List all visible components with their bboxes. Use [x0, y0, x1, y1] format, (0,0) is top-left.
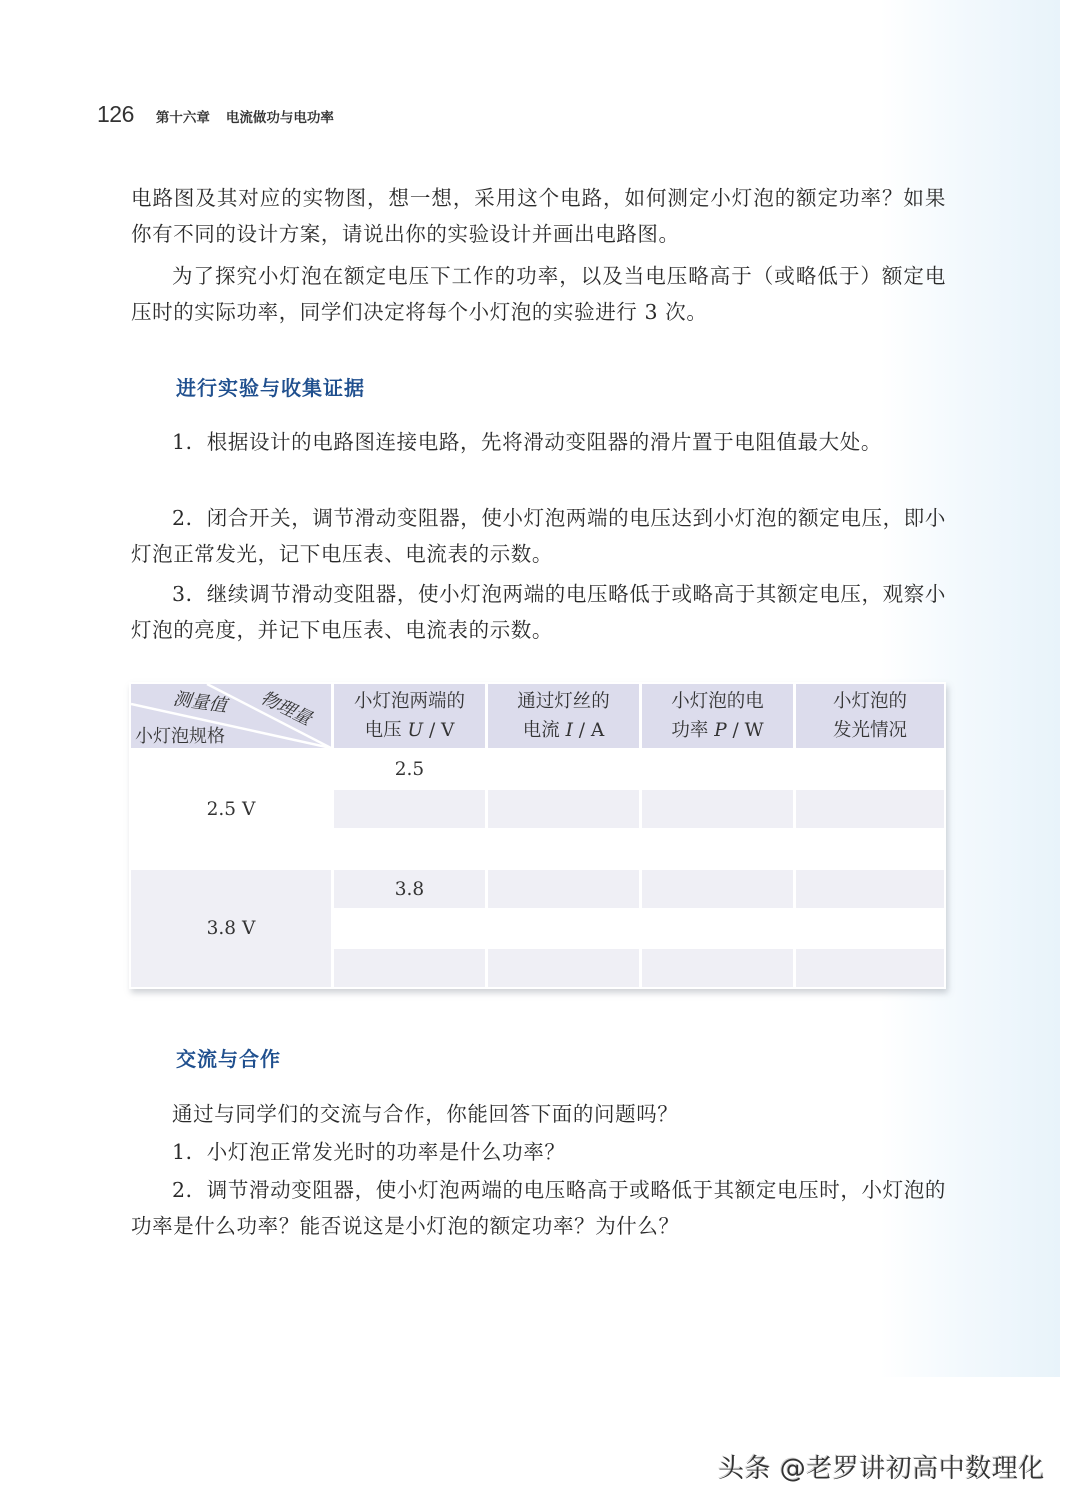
question-1: 1．小灯泡正常发光时的功率是什么功率？: [131, 1134, 946, 1170]
table-cell: [796, 750, 944, 788]
column-header-line2: 发光情况: [833, 716, 907, 745]
table-cell: [642, 870, 793, 908]
column-header-voltage: 小灯泡两端的 电压 U / V: [334, 684, 485, 748]
step-3: 3．继续调节滑动变阻器，使小灯泡两端的电压略低于或略高于其额定电压，观察小灯泡的…: [131, 576, 946, 648]
table-cell: [642, 750, 793, 788]
column-header-brightness: 小灯泡的 发光情况: [796, 684, 944, 748]
intro-paragraph-1: 电路图及其对应的实物图，想一想，采用这个电路，如何测定小灯泡的额定功率？如果你有…: [131, 180, 946, 252]
column-header-line1: 小灯泡的电: [671, 687, 764, 716]
corner-label-spec: 小灯泡规格: [135, 722, 225, 748]
watermark: 头条 @老罗讲初高中数理化: [718, 1448, 1045, 1485]
table-cell: [488, 949, 639, 987]
table-cell: [796, 830, 944, 868]
table-cell: [642, 790, 793, 828]
table-cell: [796, 910, 944, 947]
intro-paragraph-2: 为了探究小灯泡在额定电压下工作的功率，以及当电压略高于（或略低于）额定电压时的实…: [131, 258, 946, 330]
chapter-label: 第十六章: [156, 106, 210, 126]
data-table: 测量值 物理量 小灯泡规格 小灯泡两端的 电压 U / V 通过灯丝的 电流 I…: [129, 682, 946, 989]
table-cell: [334, 830, 485, 868]
column-header-line1: 通过灯丝的: [517, 687, 610, 716]
column-header-line2: 电流 I / A: [523, 716, 605, 745]
spec-cell-2-5v: 2.5 V: [131, 750, 331, 868]
table-cell: [488, 830, 639, 868]
page-number: 126: [97, 101, 134, 128]
column-header-power: 小灯泡的电 功率 P / W: [642, 684, 793, 748]
step-1: 1．根据设计的电路图连接电路，先将滑动变阻器的滑片置于电阻值最大处。: [131, 424, 946, 460]
spec-cell-3-8v: 3.8 V: [131, 870, 331, 987]
table-cell: [488, 790, 639, 828]
table-cell: [642, 830, 793, 868]
table-cell: [334, 949, 485, 987]
column-header-current: 通过灯丝的 电流 I / A: [488, 684, 639, 748]
discussion-intro: 通过与同学们的交流与合作，你能回答下面的问题吗？: [131, 1096, 946, 1132]
table-corner-header: 测量值 物理量 小灯泡规格: [131, 684, 331, 748]
table-cell: [334, 910, 485, 947]
column-header-line1: 小灯泡两端的: [354, 687, 465, 716]
table-cell: 3.8: [334, 870, 485, 908]
section-title-experiment: 进行实验与收集证据: [176, 372, 365, 401]
table-cell: [334, 790, 485, 828]
table-cell: [488, 750, 639, 788]
table-cell: [642, 949, 793, 987]
table-cell: [796, 949, 944, 987]
table-cell: [642, 910, 793, 947]
chapter-title: 电流做功与电功率: [226, 106, 334, 126]
running-head: 126 第十六章 电流做功与电功率: [97, 101, 334, 131]
section-title-discussion: 交流与合作: [176, 1043, 281, 1072]
table-cell: [796, 870, 944, 908]
column-header-line2: 电压 U / V: [365, 716, 455, 745]
column-header-line1: 小灯泡的: [833, 687, 907, 716]
step-2: 2．闭合开关，调节滑动变阻器，使小灯泡两端的电压达到小灯泡的额定电压，即小灯泡正…: [131, 500, 946, 572]
column-header-line2: 功率 P / W: [671, 716, 763, 745]
table-cell: [488, 910, 639, 947]
question-2: 2．调节滑动变阻器，使小灯泡两端的电压略高于或略低于其额定电压时，小灯泡的功率是…: [131, 1172, 946, 1244]
table-cell: [796, 790, 944, 828]
table-cell: 2.5: [334, 750, 485, 788]
table-cell: [488, 870, 639, 908]
